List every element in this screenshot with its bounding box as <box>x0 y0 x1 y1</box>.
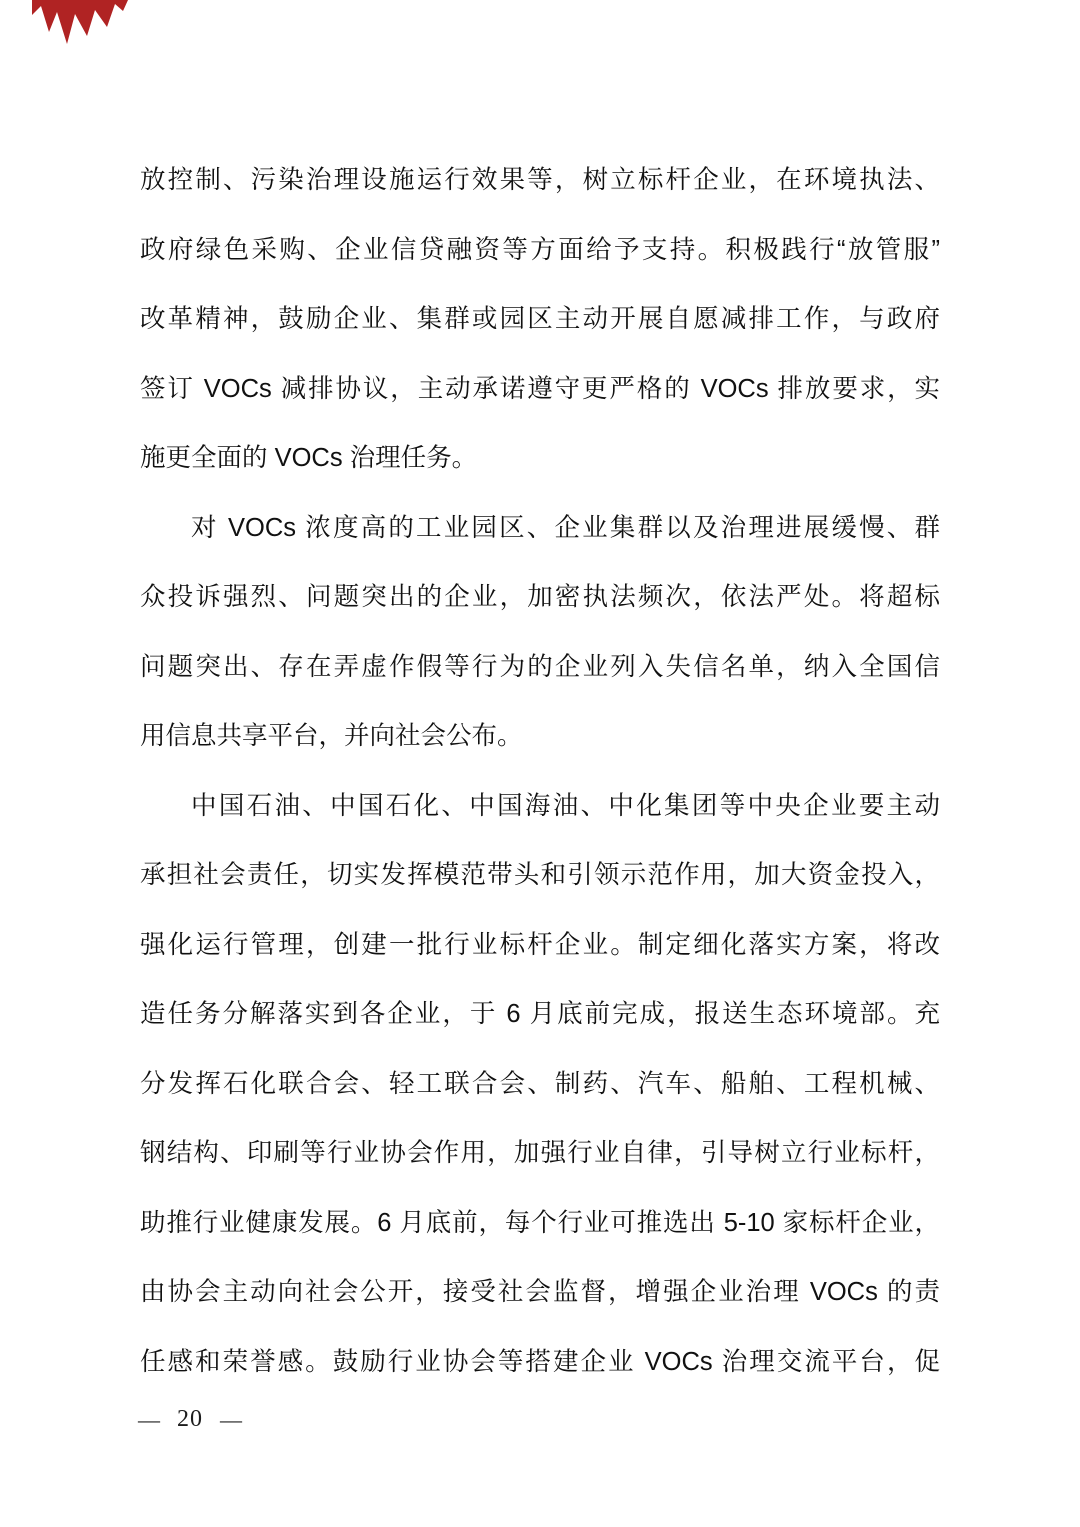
body-line: 任感和荣誉感。鼓励行业协会等搭建企业 VOCs 治理交流平台，促 <box>140 1328 940 1398</box>
footer-dash-left: — <box>138 1407 160 1433</box>
footer-dash-right: — <box>220 1407 242 1433</box>
red-corner-mark-icon <box>28 0 132 52</box>
body-line: 由协会主动向社会公开，接受社会监督，增强企业治理 VOCs 的责 <box>140 1258 940 1328</box>
body-line: 助推行业健康发展。6 月底前，每个行业可推选出 5-10 家标杆企业， <box>140 1189 940 1259</box>
body-text: 放控制、污染治理设施运行效果等，树立标杆企业，在环境执法、 政府绿色采购、企业信… <box>140 146 940 1397</box>
red-corner-mark-shape <box>32 0 128 44</box>
page-footer: — 20 — <box>138 1406 242 1433</box>
footer-page-number: 20 <box>177 1406 203 1433</box>
body-line: 造任务分解落实到各企业，于 6 月底前完成，报送生态环境部。充 <box>140 980 940 1050</box>
body-line: 众投诉强烈、问题突出的企业，加密执法频次，依法严处。将超标 <box>140 563 940 633</box>
body-line: 政府绿色采购、企业信贷融资等方面给予支持。积极践行“放管服” <box>140 216 940 286</box>
body-line: 改革精神，鼓励企业、集群或园区主动开展自愿减排工作，与政府 <box>140 285 940 355</box>
body-line: 放控制、污染治理设施运行效果等，树立标杆企业，在环境执法、 <box>140 146 940 216</box>
body-line: 承担社会责任，切实发挥模范带头和引领示范作用，加大资金投入， <box>140 841 940 911</box>
body-line: 钢结构、印刷等行业协会作用，加强行业自律，引导树立行业标杆， <box>140 1119 940 1189</box>
body-line: 问题突出、存在弄虚作假等行为的企业列入失信名单，纳入全国信 <box>140 633 940 703</box>
document-page: 放控制、污染治理设施运行效果等，树立标杆企业，在环境执法、 政府绿色采购、企业信… <box>0 0 1080 1527</box>
body-line: 中国石油、中国石化、中国海油、中化集团等中央企业要主动 <box>140 772 940 842</box>
body-line: 用信息共享平台，并向社会公布。 <box>140 702 940 772</box>
body-line: 强化运行管理，创建一批行业标杆企业。制定细化落实方案，将改 <box>140 911 940 981</box>
body-line: 分发挥石化联合会、轻工联合会、制药、汽车、船舶、工程机械、 <box>140 1050 940 1120</box>
body-line: 对 VOCs 浓度高的工业园区、企业集群以及治理进展缓慢、群 <box>140 494 940 564</box>
body-line: 签订 VOCs 减排协议，主动承诺遵守更严格的 VOCs 排放要求，实 <box>140 355 940 425</box>
body-line: 施更全面的 VOCs 治理任务。 <box>140 424 940 494</box>
